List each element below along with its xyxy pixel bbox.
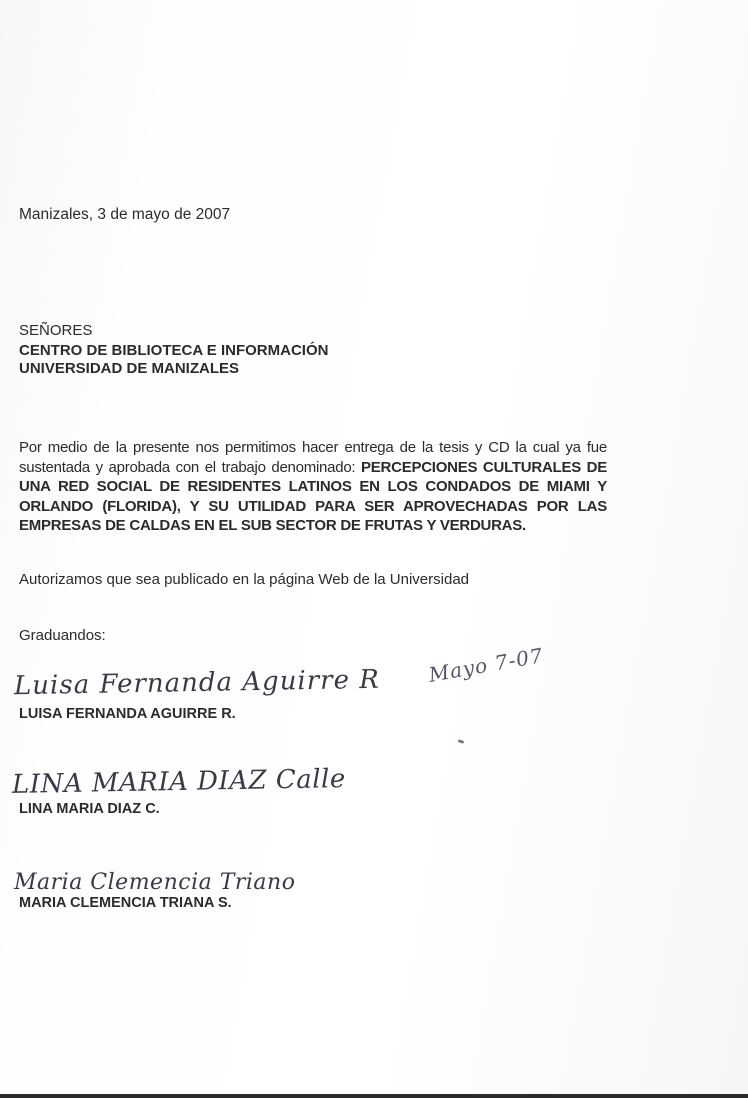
signer-name-3: MARIA CLEMENCIA TRIANA S.: [19, 894, 232, 912]
letter-page: Manizales, 3 de mayo de 2007 SEÑORES CEN…: [0, 0, 748, 1094]
scanner-edge: [0, 1094, 748, 1098]
recipient-line-2: UNIVERSIDAD DE MANIZALES: [19, 360, 239, 378]
signature-2: LINA MARIA DIAZ Calle: [12, 764, 346, 800]
signer-name-2: LINA MARIA DIAZ C.: [19, 800, 160, 818]
scan-speck: [458, 739, 465, 744]
salutation: SEÑORES: [19, 322, 92, 340]
handwritten-date: Mayo 7-07: [427, 643, 545, 687]
authorization-statement: Autorizamos que sea publicado en la pági…: [19, 571, 469, 589]
graduands-label: Graduandos:: [19, 627, 106, 645]
signature-1: Luisa Fernanda Aguirre R: [14, 665, 380, 701]
recipient-line-1: CENTRO DE BIBLIOTECA E INFORMACIÓN: [19, 342, 328, 360]
place-date: Manizales, 3 de mayo de 2007: [19, 206, 230, 224]
body-paragraph: Por medio de la presente nos permitimos …: [19, 438, 607, 536]
signer-name-1: LUISA FERNANDA AGUIRRE R.: [19, 705, 236, 723]
signature-3: Maria Clemencia Triano: [14, 870, 295, 895]
